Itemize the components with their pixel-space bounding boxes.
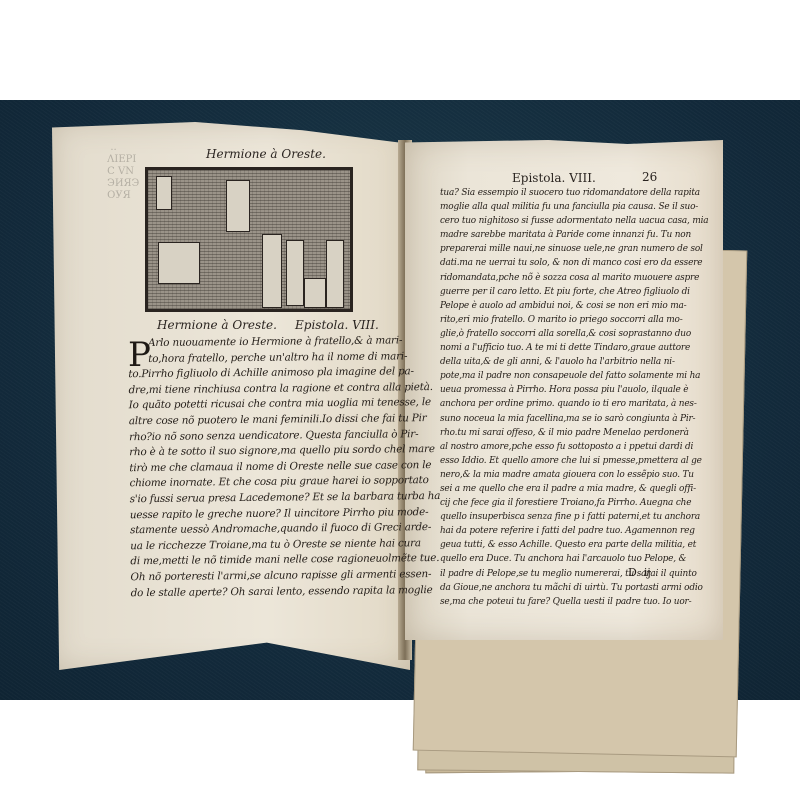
text-line: moglie alla qual militia fu una fanciull… bbox=[440, 200, 708, 214]
text-line: anchora per ordine primo. quando io ti e… bbox=[440, 397, 708, 411]
text-line: ueua promessa à Pirrho. Hora possa piu l… bbox=[440, 383, 708, 397]
text-line: suno noceua la mia facellina,ma se io sa… bbox=[440, 412, 708, 426]
text-line: cero tuo nighitoso si fusse adormentato … bbox=[440, 214, 708, 228]
text-line: esso Iddio. Et quello amore che lui si p… bbox=[440, 454, 708, 468]
text-line: hai da potere referire i fatti del padre… bbox=[440, 524, 708, 538]
left-caption: Hermione à Oreste. bbox=[157, 318, 277, 332]
woodcut-illustration bbox=[145, 167, 353, 312]
left-page-text: Arlo nuouamente io Hermione à fratello,&… bbox=[148, 333, 441, 601]
text-line: al nostro amore,pche esso fu sottoposto … bbox=[440, 440, 708, 454]
text-line: Pelope è auolo ad ambidui noi, & cosi se… bbox=[440, 299, 708, 313]
page-number: 26 bbox=[642, 170, 657, 184]
text-line: il padre di Pelope,se tu meglio numerera… bbox=[440, 567, 708, 581]
text-line: madre sarebbe maritata à Paride come inn… bbox=[440, 228, 708, 242]
text-line: dati.ma ne uerrai tu solo, & non di manc… bbox=[440, 256, 708, 270]
text-line: se,ma che poteui tu fare? Quella uesti i… bbox=[440, 595, 708, 609]
text-line: da Gioue,ne anchora tu mãchi di uirtù. T… bbox=[440, 581, 708, 595]
woodcut-figure bbox=[226, 180, 250, 232]
right-running-head: Epistola. VIII. bbox=[512, 171, 596, 185]
text-line: sei a me quello che era il padre a mia m… bbox=[440, 482, 708, 496]
woodcut-table bbox=[158, 242, 200, 284]
woodcut-figure bbox=[326, 240, 344, 308]
text-line: nero,& la mia madre amata giouera con lo… bbox=[440, 468, 708, 482]
text-line: guerre per il caro letto. Et piu forte, … bbox=[440, 285, 708, 299]
text-line: do le stalle aperte? Oh sarai lento, ess… bbox=[131, 582, 442, 601]
woodcut-figure bbox=[286, 240, 304, 306]
text-line: ridomandata,pche nõ è sozza cosa al mari… bbox=[440, 271, 708, 285]
show-through-text: .. ΛΙΕΡΙ C VN ЭИЯЭ ОУЯ bbox=[104, 142, 139, 202]
text-line: rito,eri mio fratello. O marito io prieg… bbox=[440, 313, 708, 327]
right-page-text: tua? Sia essempio il suocero tuo ridoman… bbox=[440, 186, 708, 609]
text-line: della uita,& de gli anni, & l'auolo ha l… bbox=[440, 355, 708, 369]
text-line: quello insuperbisca senza fine p i fatti… bbox=[440, 510, 708, 524]
woodcut-flower-pot bbox=[304, 278, 326, 308]
left-epistle-number: Epistola. VIII. bbox=[295, 318, 379, 332]
text-line: pote,ma il padre non consapeuole del fat… bbox=[440, 369, 708, 383]
text-line: quello era Duce. Tu anchora hai l'arcauo… bbox=[440, 552, 708, 566]
text-line: glie,ò fratello soccorri alla sorella,& … bbox=[440, 327, 708, 341]
text-line: preparerai mille naui,ne sinuose uele,ne… bbox=[440, 242, 708, 256]
left-running-head: Hermione à Oreste. bbox=[206, 147, 326, 161]
woodcut-figure bbox=[156, 176, 172, 210]
text-line: rho.tu mi sarai offeso, & il mio padre M… bbox=[440, 426, 708, 440]
text-line: tua? Sia essempio il suocero tuo ridoman… bbox=[440, 186, 708, 200]
text-line: geua tutti, & esso Achille. Questo era p… bbox=[440, 538, 708, 552]
signature-mark: D ij bbox=[628, 566, 651, 579]
text-line: cij che fece gia il forestiere Troiano,f… bbox=[440, 496, 708, 510]
woodcut-king-figure bbox=[262, 234, 282, 308]
text-line: nomi a l'ufficio tuo. A te mi ti dette T… bbox=[440, 341, 708, 355]
